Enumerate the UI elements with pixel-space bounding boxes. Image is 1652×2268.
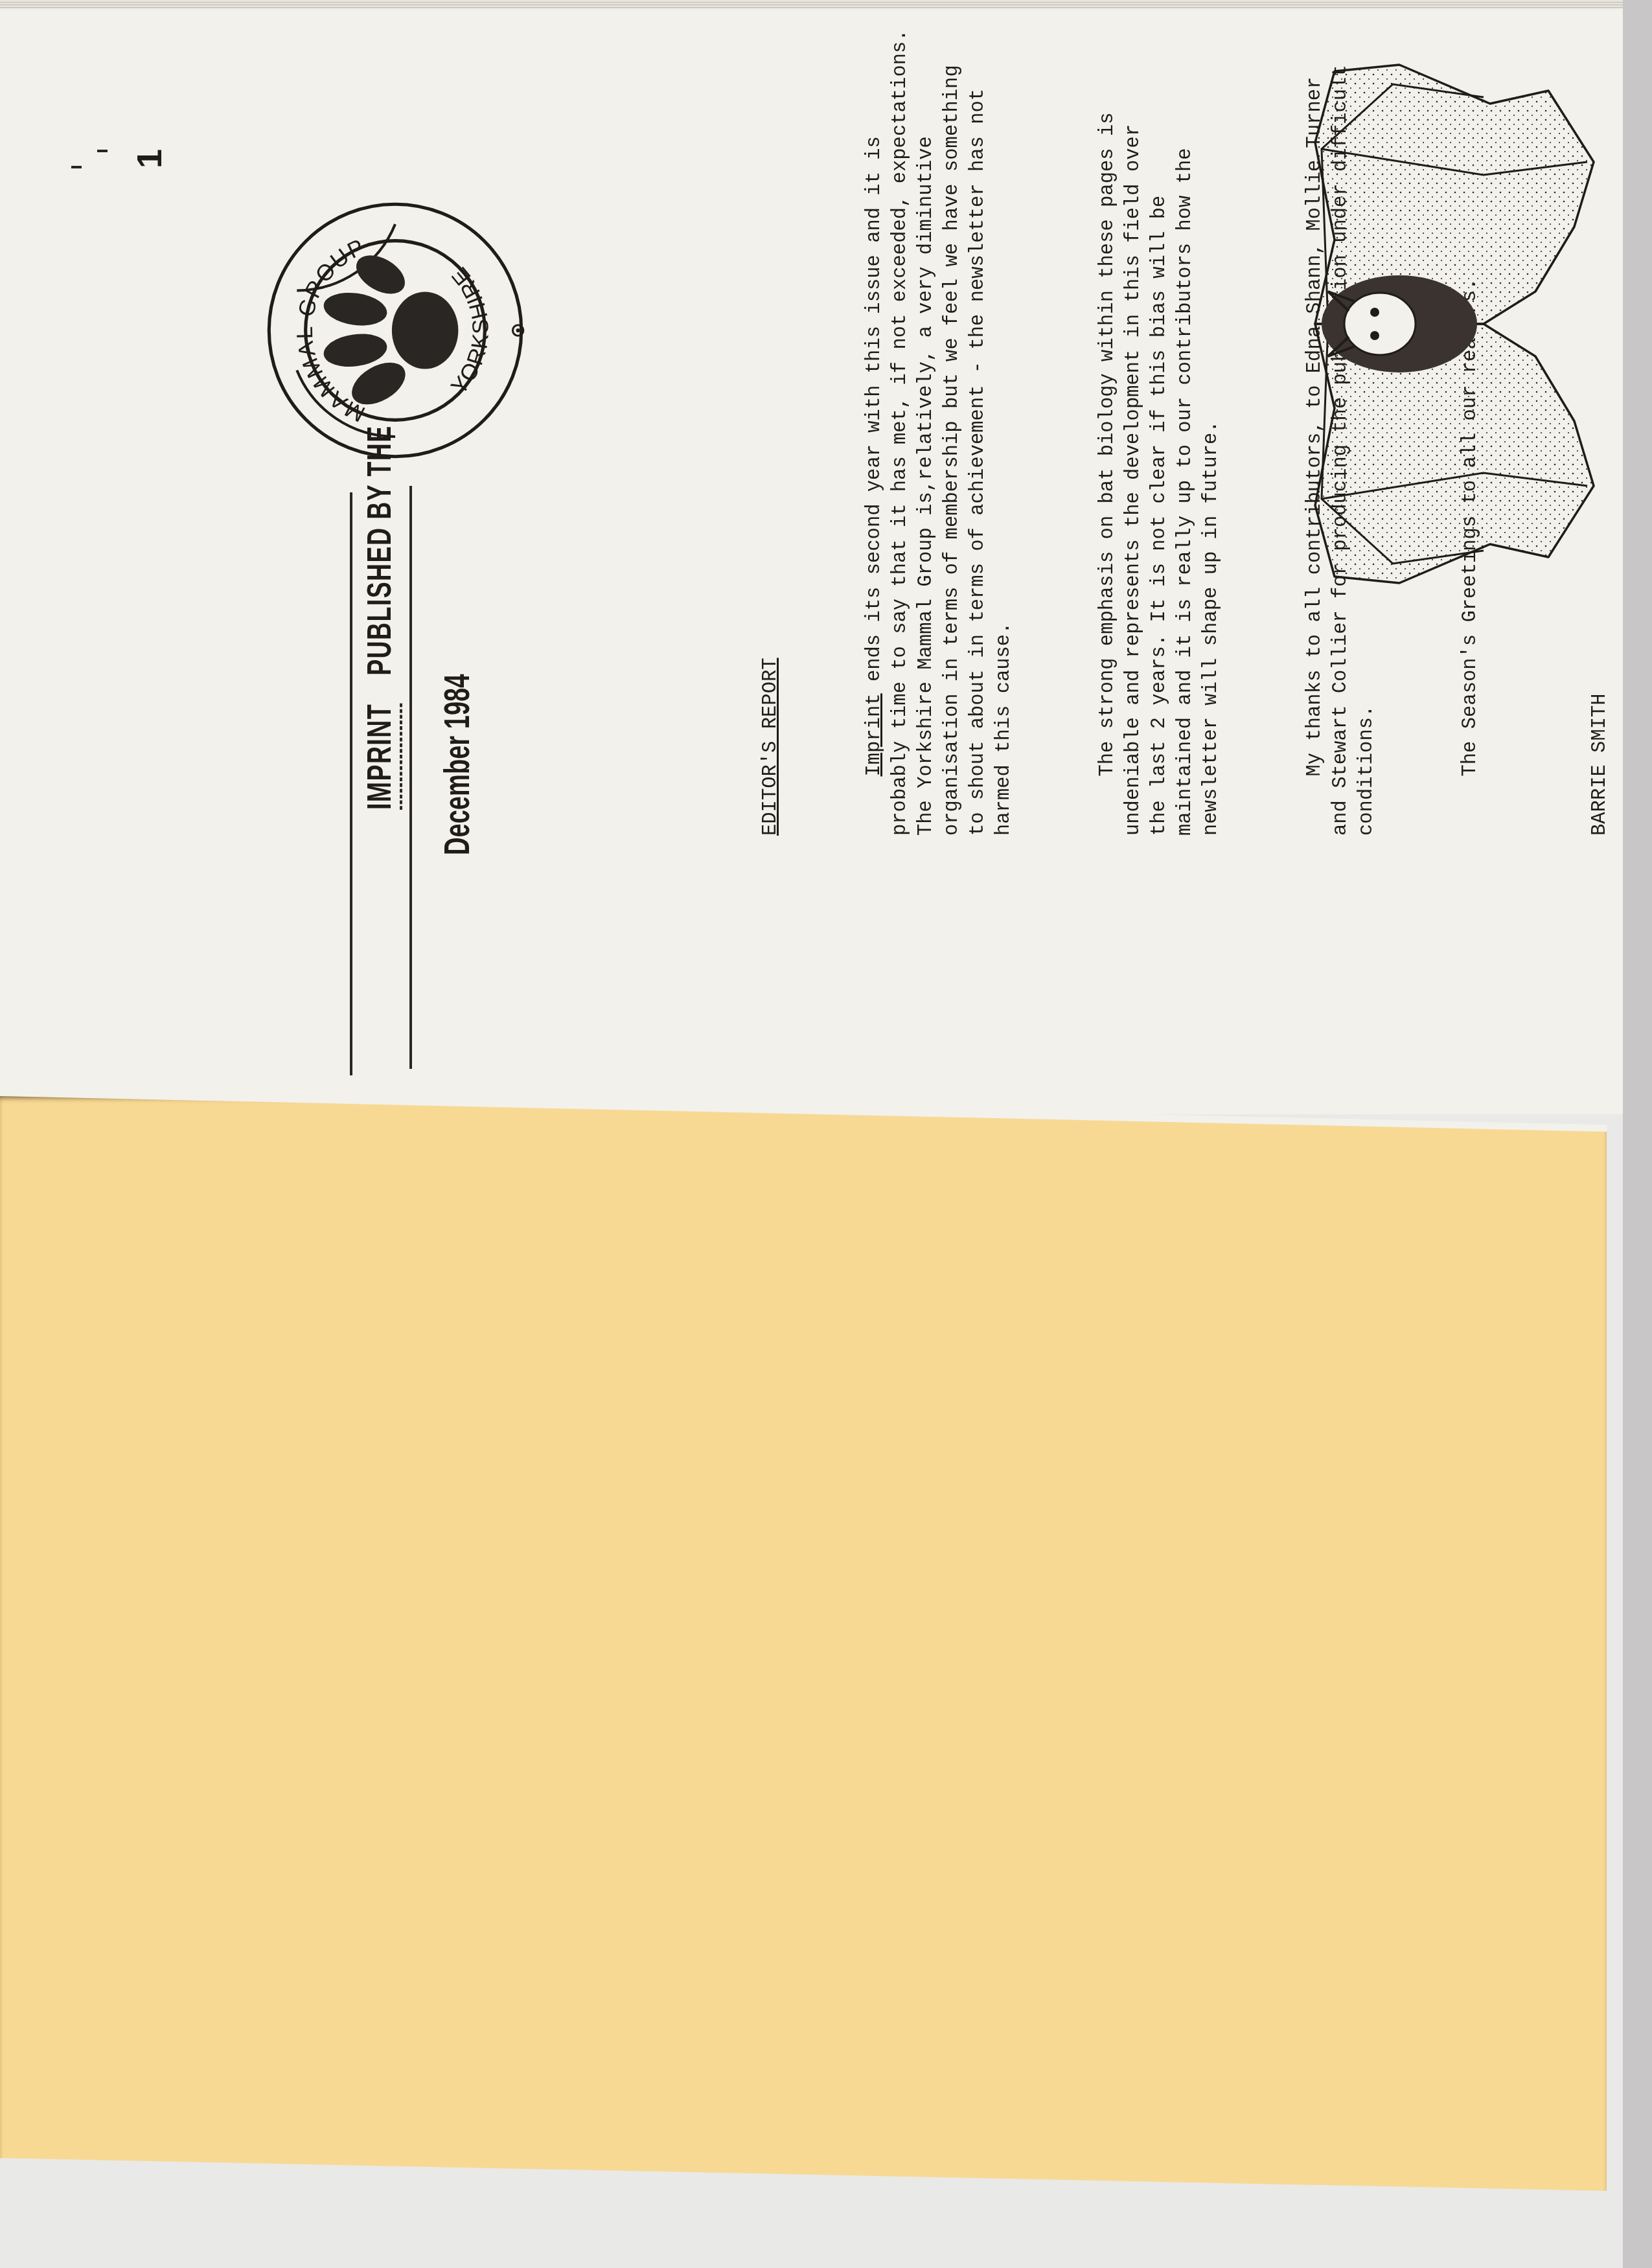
report-paragraph: The strong emphasis on bat biology withi…	[1095, 71, 1224, 836]
margin-mark	[97, 150, 108, 152]
masthead-title: IMPRINTPUBLISHED BY THE	[360, 425, 399, 810]
rotated-page-content: 1 IMPRINTPUBLISHED BY THE December 1984 …	[0, 0, 1620, 1101]
page-number: 1	[130, 149, 170, 168]
yorkshire-mammal-group-logo: YORKSHIRE MAMMAL GROUP	[262, 198, 528, 463]
publication-name: IMPRINT	[361, 704, 402, 810]
issue-date: December 1984	[435, 674, 477, 855]
report-paragraph: Imprint ends its second year with this i…	[862, 71, 1017, 836]
yellow-cover-sheet	[0, 1096, 1607, 2191]
margin-mark	[71, 166, 82, 168]
imprint-reference: Imprint	[864, 693, 886, 776]
masthead-rule-top	[350, 492, 352, 1075]
report-heading: EDITOR'S REPORT	[758, 71, 784, 836]
masthead-rule-bottom	[409, 486, 412, 1069]
bat-illustration	[1289, 45, 1607, 602]
